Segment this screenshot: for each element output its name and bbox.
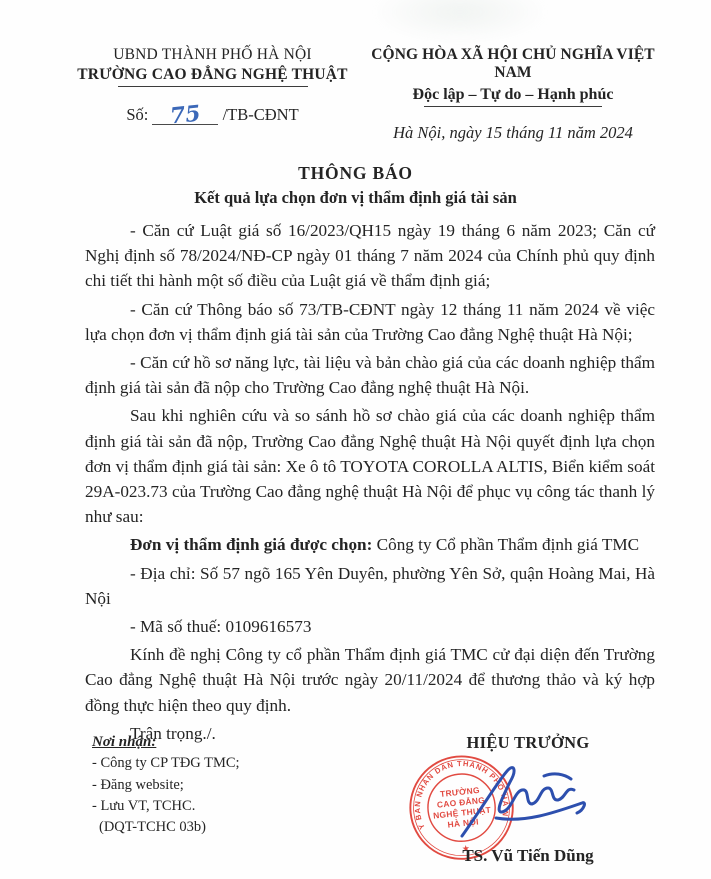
- chosen-unit-paragraph: Đơn vị thẩm định giá được chọn: Công ty …: [85, 532, 655, 557]
- motto-underline: [424, 106, 602, 107]
- chosen-unit-value: Công ty Cổ phần Thẩm định giá TMC: [372, 535, 639, 554]
- address-paragraph: - Địa chỉ: Số 57 ngõ 165 Yên Duyên, phườ…: [85, 561, 655, 611]
- recipients-block: Nơi nhận: - Công ty CP TĐG TMC; - Đăng w…: [92, 732, 240, 838]
- recipients-title: Nơi nhận:: [92, 732, 240, 753]
- request-paragraph: Kính đề nghị Công ty cổ phần Thẩm định g…: [85, 642, 655, 718]
- tax-code-paragraph: - Mã số thuế: 0109616573: [85, 614, 655, 639]
- national-motto: Độc lập – Tự do – Hạnh phúc: [365, 86, 661, 104]
- chosen-unit-label: Đơn vị thẩm định giá được chọn:: [130, 535, 372, 554]
- org-name-underline: [118, 86, 308, 87]
- document-body: - Căn cứ Luật giá số 16/2023/QH15 ngày 1…: [85, 218, 655, 746]
- form-code-note: (DQT-TCHC 03b): [92, 817, 240, 838]
- document-title: THÔNG BÁO: [0, 163, 711, 184]
- document-page: UBND THÀNH PHỐ HÀ NỘI TRƯỜNG CAO ĐẲNG NG…: [0, 0, 711, 879]
- handwritten-signature: [456, 760, 588, 848]
- national-title: CỘNG HÒA XÃ HỘI CHỦ NGHĨA VIỆT NAM: [365, 46, 661, 82]
- org-parent-name: UBND THÀNH PHỐ HÀ NỘI: [60, 46, 365, 64]
- signer-name: TS. Vũ Tiến Dũng: [448, 846, 608, 866]
- scan-smudge: [370, 0, 550, 42]
- doc-number-line: Số: 75 /TB-CĐNT: [60, 101, 365, 125]
- recipient-item: - Lưu VT, TCHC.: [92, 796, 240, 817]
- document-subtitle: Kết quả lựa chọn đơn vị thẩm định giá tà…: [0, 188, 711, 208]
- title-block: THÔNG BÁO Kết quả lựa chọn đơn vị thẩm đ…: [0, 163, 711, 208]
- legal-basis-paragraph: - Căn cứ Luật giá số 16/2023/QH15 ngày 1…: [85, 218, 655, 294]
- doc-number-handwritten: 75: [169, 101, 202, 128]
- doc-number-suffix: /TB-CĐNT: [223, 105, 299, 124]
- legal-basis-paragraph: - Căn cứ Thông báo số 73/TB-CĐNT ngày 12…: [85, 297, 655, 347]
- recipient-item: - Đăng website;: [92, 775, 240, 796]
- signature-ink-icon: [456, 760, 588, 848]
- doc-number-slot: 75: [152, 101, 218, 125]
- recipient-item: - Công ty CP TĐG TMC;: [92, 753, 240, 774]
- issuing-org-block: UBND THÀNH PHỐ HÀ NỘI TRƯỜNG CAO ĐẲNG NG…: [60, 46, 365, 143]
- document-header: UBND THÀNH PHỐ HÀ NỘI TRƯỜNG CAO ĐẲNG NG…: [0, 0, 711, 143]
- national-header-block: CỘNG HÒA XÃ HỘI CHỦ NGHĨA VIỆT NAM Độc l…: [365, 46, 661, 143]
- org-name: TRƯỜNG CAO ĐẲNG NGHỆ THUẬT: [60, 66, 365, 84]
- decision-paragraph: Sau khi nghiên cứu và so sánh hồ sơ chào…: [85, 403, 655, 529]
- doc-number-label: Số:: [126, 105, 148, 124]
- legal-basis-paragraph: - Căn cứ hồ sơ năng lực, tài liệu và bản…: [85, 350, 655, 400]
- place-date-line: Hà Nội, ngày 15 tháng 11 năm 2024: [365, 123, 661, 143]
